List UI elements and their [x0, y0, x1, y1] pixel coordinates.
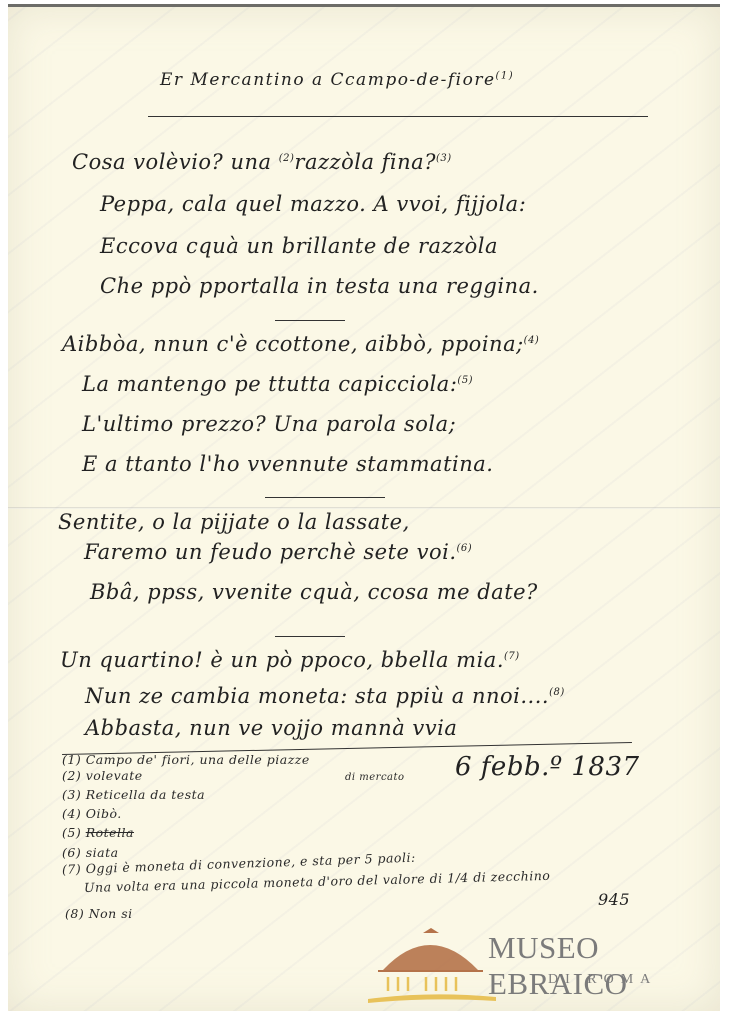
museum-subtitle: DI ROMA	[548, 972, 657, 988]
verse-line: Peppa, cala quel mazzo. A vvoi, fijjola:	[100, 192, 526, 216]
footnote-3: (3) Reticella da testa	[62, 787, 205, 802]
verse-line: Un quartino! è un pò ppoco, bbella mia.(…	[60, 648, 520, 672]
verse-line: Faremo un feudo perchè sete voi.(6)	[84, 540, 472, 564]
verse-line: Abbasta, nun ve vojjo mannà vvia	[85, 716, 457, 740]
verse-line: E a ttanto l'ho vvennute stammatina.	[82, 452, 493, 476]
title-underline	[148, 116, 648, 117]
museum-logo: MUSEO EBRAICO DI ROMA	[368, 925, 718, 1010]
footnote-1: (1) Campo de' fiori, una delle piazze	[62, 752, 310, 767]
page-number: 945	[598, 890, 630, 909]
museum-name: MUSEO EBRAICO	[488, 930, 718, 1002]
verse-line: Cosa volèvio? una (2)razzòla fina?(3)	[72, 150, 452, 174]
stanza-separator	[275, 320, 345, 321]
footnote-1-bracket: di mercato	[345, 772, 405, 783]
poem-title: Er Mercantino a Ccampo-de-fiore(1)	[160, 70, 514, 90]
verse-line: Bbâ, ppss, vvenite cquà, ccosa me date?	[90, 580, 538, 604]
footnote-8: (8) Non si	[65, 906, 133, 921]
verse-line: Eccova cquà un brillante de razzòla	[100, 234, 498, 258]
dome-icon	[368, 925, 498, 1010]
stanza-separator	[275, 636, 345, 637]
manuscript-date: 6 febb.º 1837	[455, 752, 640, 782]
footnote-6: (6) siata	[62, 845, 119, 860]
verse-line: Sentite, o la pijjate o la lassate,	[58, 510, 410, 534]
paper-fold	[8, 507, 720, 509]
verse-line: Che ppò pportalla in testa una reggina.	[100, 274, 539, 298]
verse-line: L'ultimo prezzo? Una parola sola;	[82, 412, 456, 436]
verse-line: Aibbòa, nnun c'è ccottone, aibbò, ppoina…	[62, 332, 539, 356]
verse-line: Nun ze cambia moneta: sta ppiù a nnoi...…	[85, 684, 565, 708]
stanza-separator	[265, 497, 385, 498]
footnote-4: (4) Oibò.	[62, 806, 122, 821]
verse-line: La mantengo pe ttutta capicciola:(5)	[82, 372, 473, 396]
footnote-5: (5) Rotella	[62, 825, 134, 840]
footnote-2: (2) volevate	[62, 768, 143, 783]
